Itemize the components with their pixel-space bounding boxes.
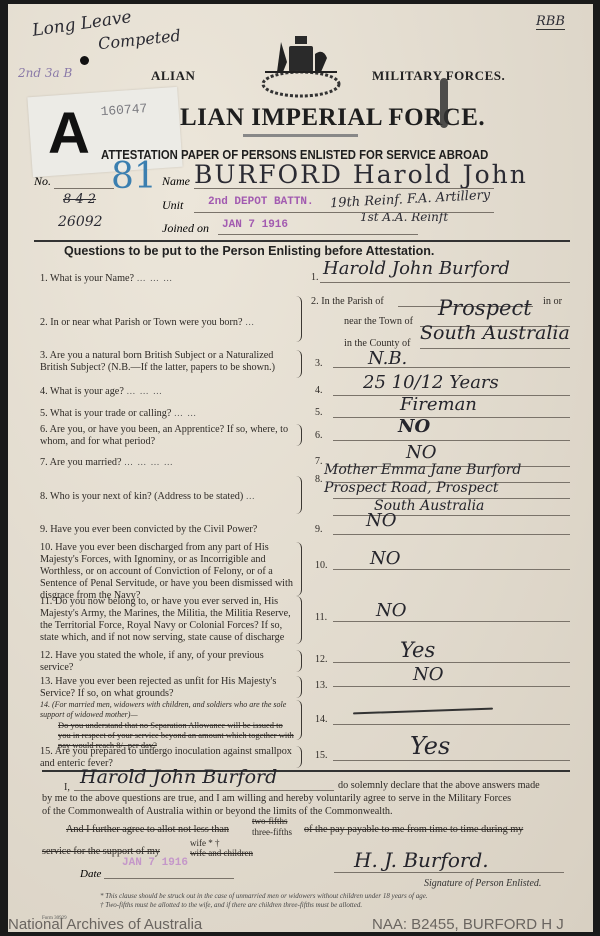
struck-number: 8 4 2 (63, 192, 96, 207)
answer-number: 6. (315, 430, 323, 441)
answer-9: NO (366, 510, 397, 531)
answer-15: Yes (410, 732, 450, 760)
answer-12: Yes (400, 638, 435, 662)
declaration-line-3: of the Commonwealth of Australia within … (42, 806, 393, 818)
watermark-right: NAA: B2455, BURFORD H J (372, 916, 564, 933)
question-7: 7. Are you married? … … … … (40, 456, 174, 469)
enlistment-number: 81 (111, 156, 157, 197)
answer-6: NO (398, 416, 430, 437)
signature-label: Signature of Person Enlisted. (424, 878, 541, 889)
section-divider (34, 240, 570, 242)
declaration-line-2: by me to the above questions are true, a… (42, 793, 511, 805)
declarant-name: Harold John Burford (80, 766, 277, 788)
parish-label: 2. In the Parish of (311, 296, 384, 308)
joined-label: Joined on (162, 221, 209, 236)
birth-county: South Australia (420, 322, 570, 344)
answer-4: 25 10/12 Years (363, 372, 499, 393)
answer-14-dash (353, 708, 493, 715)
town-label: near the Town of (344, 316, 413, 328)
questions-title: Questions to be put to the Person Enlist… (64, 244, 434, 258)
regimental-number: 26092 (58, 214, 103, 230)
question-10: 10. Have you ever been discharged from a… (40, 542, 295, 602)
answer-number: 15. (315, 750, 328, 761)
attestation-paper: Long Leave Competed 2nd 3a B RBB 160747 … (8, 4, 593, 932)
answer-number: 4. (315, 385, 323, 396)
question-3: 3. Are you a natural born British Subjec… (40, 350, 295, 374)
allotment-line-a: And I further agree to allot not less th… (66, 824, 229, 836)
next-of-kin-name: Mother Emma Jane Burford (324, 462, 521, 478)
answer-5: Fireman (400, 394, 477, 415)
answer-7: NO (406, 442, 437, 463)
unit-stamp: 2nd DEPOT BATTN. (208, 196, 314, 208)
parish-suffix: in or (543, 296, 562, 308)
allotment-line-b: of the pay payable to me from time to ti… (304, 824, 523, 836)
answer-number: 9. (315, 524, 323, 535)
watermark-left: National Archives of Australia (8, 916, 202, 933)
answer-number: 12. (315, 654, 328, 665)
unit-label: Unit (162, 198, 183, 213)
joined-stamp: JAN 7 1916 (222, 219, 288, 231)
answer-number: 14. (315, 714, 328, 725)
enlistee-name: BURFORD Harold John (194, 160, 528, 189)
initials: RBB (536, 14, 565, 30)
unit-note: 2nd 3a B (18, 66, 72, 80)
title-underline (243, 134, 358, 137)
enlistee-signature: H. J. Burford. (354, 848, 489, 872)
big-letter-a: A (48, 100, 90, 167)
declaration-line-1: do solemnly declare that the above answe… (338, 780, 540, 792)
question-13: 13. Have you ever been rejected as unfit… (40, 676, 295, 700)
answer-number: 13. (315, 680, 328, 691)
answer-13: NO (413, 664, 444, 685)
answer-1: Harold John Burford (323, 258, 510, 279)
header-military-forces: MILITARY FORCES. (372, 68, 505, 84)
question-4: 4. What is your age? … … … (40, 385, 163, 398)
question-6: 6. Are you, or have you been, an Apprent… (40, 424, 295, 448)
allotment-wife-children: wife and children (190, 847, 253, 859)
answer-number: 3. (315, 358, 323, 369)
question-11: 11. Do you now belong to, or have you ev… (40, 596, 295, 644)
date-stamp: JAN 7 1916 (122, 857, 188, 869)
next-of-kin-address: Prospect Road, Prospect (324, 480, 499, 496)
question-9: 9. Have you ever been convicted by the C… (40, 524, 257, 536)
question-5: 5. What is your trade or calling? … … (40, 407, 197, 420)
name-label: Name (162, 174, 190, 189)
question-8: 8. Who is your next of kin? (Address to … (40, 490, 256, 503)
unit-handwritten: 19th Reinf. F.A. Artillery (330, 188, 491, 211)
header-australian: ALIAN (151, 68, 195, 84)
answer-3: N.B. (368, 348, 407, 369)
answer-number: 7. (315, 456, 323, 467)
answer-11: NO (376, 600, 407, 621)
answer-number: 11. (315, 612, 327, 623)
answer-number: 1. (311, 272, 319, 283)
question-14-qualifier: 14. (For married men, widowers with chil… (40, 700, 295, 719)
birth-town: Prospect (438, 296, 532, 320)
answer-number: 5. (315, 407, 323, 418)
question-1: 1. What is your Name? … … … (40, 272, 173, 285)
date-label: Date (80, 868, 101, 880)
answer-10: NO (370, 548, 401, 569)
label-number: 160747 (100, 101, 148, 119)
punch-hole-icon (80, 56, 89, 65)
footnote-1: * This clause should be struck out in th… (100, 892, 428, 900)
no-label: No. (34, 174, 51, 189)
question-12: 12. Have you stated the whole, if any, o… (40, 650, 295, 674)
allotment-three-fifths: three-fifths (252, 826, 292, 838)
footnote-2: † Two-fifths must be allotted to the wif… (100, 901, 362, 909)
answer-number: 8. (315, 474, 323, 485)
answer-number: 10. (315, 560, 328, 571)
ink-smudge (440, 78, 448, 128)
coat-of-arms-icon (251, 32, 351, 100)
question-2: 2. In or near what Parish or Town were y… (40, 316, 255, 329)
